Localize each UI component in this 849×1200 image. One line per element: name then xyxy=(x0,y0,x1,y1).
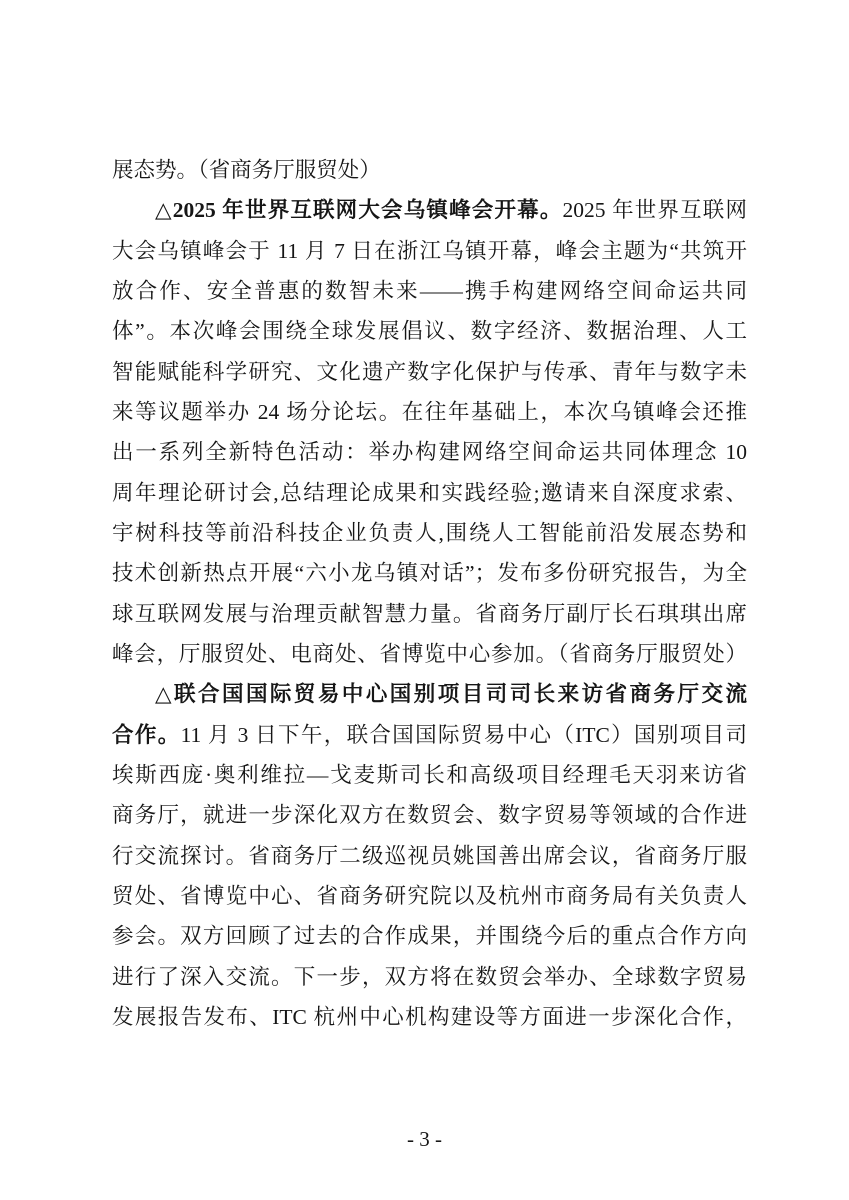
text-segment: 发展报告发布、ITC 杭州中心机构建设等方面进一步深化合作， xyxy=(112,1005,747,1029)
page-number: - 3 - xyxy=(0,1126,849,1152)
text-line: 大会乌镇峰会于 11 月 7 日在浙江乌镇开幕，峰会主题为“共筑开 xyxy=(112,231,747,271)
text-line: 出一系列全新特色活动：举办构建网络空间命运共同体理念 10 xyxy=(112,432,747,472)
text-line: 进行了深入交流。下一步，双方将在数贸会举办、全球数字贸易 xyxy=(112,957,747,997)
text-segment: 出一系列全新特色活动：举办构建网络空间命运共同体理念 10 xyxy=(112,440,747,464)
text-segment: 11 月 3 日下午，联合国国际贸易中心（ITC）国别项目司 xyxy=(181,723,747,747)
text-line: 球互联网发展与治理贡献智慧力量。省商务厅副厅长石琪琪出席 xyxy=(112,594,747,634)
text-line: 贸处、省博览中心、省商务研究院以及杭州市商务局有关负责人 xyxy=(112,876,747,916)
document-page: 展态势。（省商务厅服贸处）△2025 年世界互联网大会乌镇峰会开幕。2025 年… xyxy=(0,0,849,1200)
bold-text-segment: △2025 年世界互联网大会乌镇峰会开幕。 xyxy=(155,198,563,222)
document-text-block: 展态势。（省商务厅服贸处）△2025 年世界互联网大会乌镇峰会开幕。2025 年… xyxy=(112,150,747,1037)
text-line: 放合作、安全普惠的数智未来——携手构建网络空间命运共同 xyxy=(112,271,747,311)
text-segment: 展态势。（省商务厅服贸处） xyxy=(112,158,381,182)
text-line: 埃斯西庞·奥利维拉—戈麦斯司长和高级项目经理毛天羽来访省 xyxy=(112,755,747,795)
text-segment: 技术创新热点开展“六小龙乌镇对话”；发布多份研究报告，为全 xyxy=(112,561,747,585)
text-line: 智能赋能科学研究、文化遗产数字化保护与传承、青年与数字未 xyxy=(112,352,747,392)
text-segment: 来等议题举办 24 场分论坛。在往年基础上，本次乌镇峰会还推 xyxy=(112,400,747,424)
text-segment: 周年理论研讨会,总结理论成果和实践经验;邀请来自深度求索、 xyxy=(112,481,747,505)
text-line: 商务厅，就进一步深化双方在数贸会、数字贸易等领域的合作进 xyxy=(112,795,747,835)
text-line: 峰会，厅服贸处、电商处、省博览中心参加。（省商务厅服贸处） xyxy=(112,634,747,674)
text-segment: 商务厅，就进一步深化双方在数贸会、数字贸易等领域的合作进 xyxy=(112,803,747,827)
bold-text-segment: 合作。 xyxy=(112,723,181,747)
text-line: 合作。11 月 3 日下午，联合国国际贸易中心（ITC）国别项目司 xyxy=(112,715,747,755)
text-line: 行交流探讨。省商务厅二级巡视员姚国善出席会议，省商务厅服 xyxy=(112,836,747,876)
text-segment: 大会乌镇峰会于 11 月 7 日在浙江乌镇开幕，峰会主题为“共筑开 xyxy=(112,239,747,263)
text-segment: 放合作、安全普惠的数智未来——携手构建网络空间命运共同 xyxy=(112,279,747,303)
text-segment: 体”。本次峰会围绕全球发展倡议、数字经济、数据治理、人工 xyxy=(112,319,747,343)
text-line: 体”。本次峰会围绕全球发展倡议、数字经济、数据治理、人工 xyxy=(112,311,747,351)
text-line: △2025 年世界互联网大会乌镇峰会开幕。2025 年世界互联网 xyxy=(112,190,747,230)
text-segment: 峰会，厅服贸处、电商处、省博览中心参加。（省商务厅服贸处） xyxy=(112,642,747,666)
text-segment: 行交流探讨。省商务厅二级巡视员姚国善出席会议，省商务厅服 xyxy=(112,844,747,868)
text-line: 参会。双方回顾了过去的合作成果，并围绕今后的重点合作方向 xyxy=(112,916,747,956)
text-line: 周年理论研讨会,总结理论成果和实践经验;邀请来自深度求索、 xyxy=(112,473,747,513)
text-line: 技术创新热点开展“六小龙乌镇对话”；发布多份研究报告，为全 xyxy=(112,553,747,593)
text-segment: 参会。双方回顾了过去的合作成果，并围绕今后的重点合作方向 xyxy=(112,924,747,948)
bold-text-segment: △联合国国际贸易中心国别项目司司长来访省商务厅交流 xyxy=(155,682,747,706)
text-line: △联合国国际贸易中心国别项目司司长来访省商务厅交流 xyxy=(112,674,747,714)
text-segment: 埃斯西庞·奥利维拉—戈麦斯司长和高级项目经理毛天羽来访省 xyxy=(112,763,747,787)
text-segment: 2025 年世界互联网 xyxy=(563,198,747,222)
text-segment: 宇树科技等前沿科技企业负责人,围绕人工智能前沿发展态势和 xyxy=(112,521,747,545)
text-segment: 进行了深入交流。下一步，双方将在数贸会举办、全球数字贸易 xyxy=(112,965,747,989)
text-line: 来等议题举办 24 场分论坛。在往年基础上，本次乌镇峰会还推 xyxy=(112,392,747,432)
text-segment: 智能赋能科学研究、文化遗产数字化保护与传承、青年与数字未 xyxy=(112,360,747,384)
text-line: 展态势。（省商务厅服贸处） xyxy=(112,150,747,190)
text-line: 宇树科技等前沿科技企业负责人,围绕人工智能前沿发展态势和 xyxy=(112,513,747,553)
text-segment: 球互联网发展与治理贡献智慧力量。省商务厅副厅长石琪琪出席 xyxy=(112,602,747,626)
text-line: 发展报告发布、ITC 杭州中心机构建设等方面进一步深化合作， xyxy=(112,997,747,1037)
text-segment: 贸处、省博览中心、省商务研究院以及杭州市商务局有关负责人 xyxy=(112,884,747,908)
